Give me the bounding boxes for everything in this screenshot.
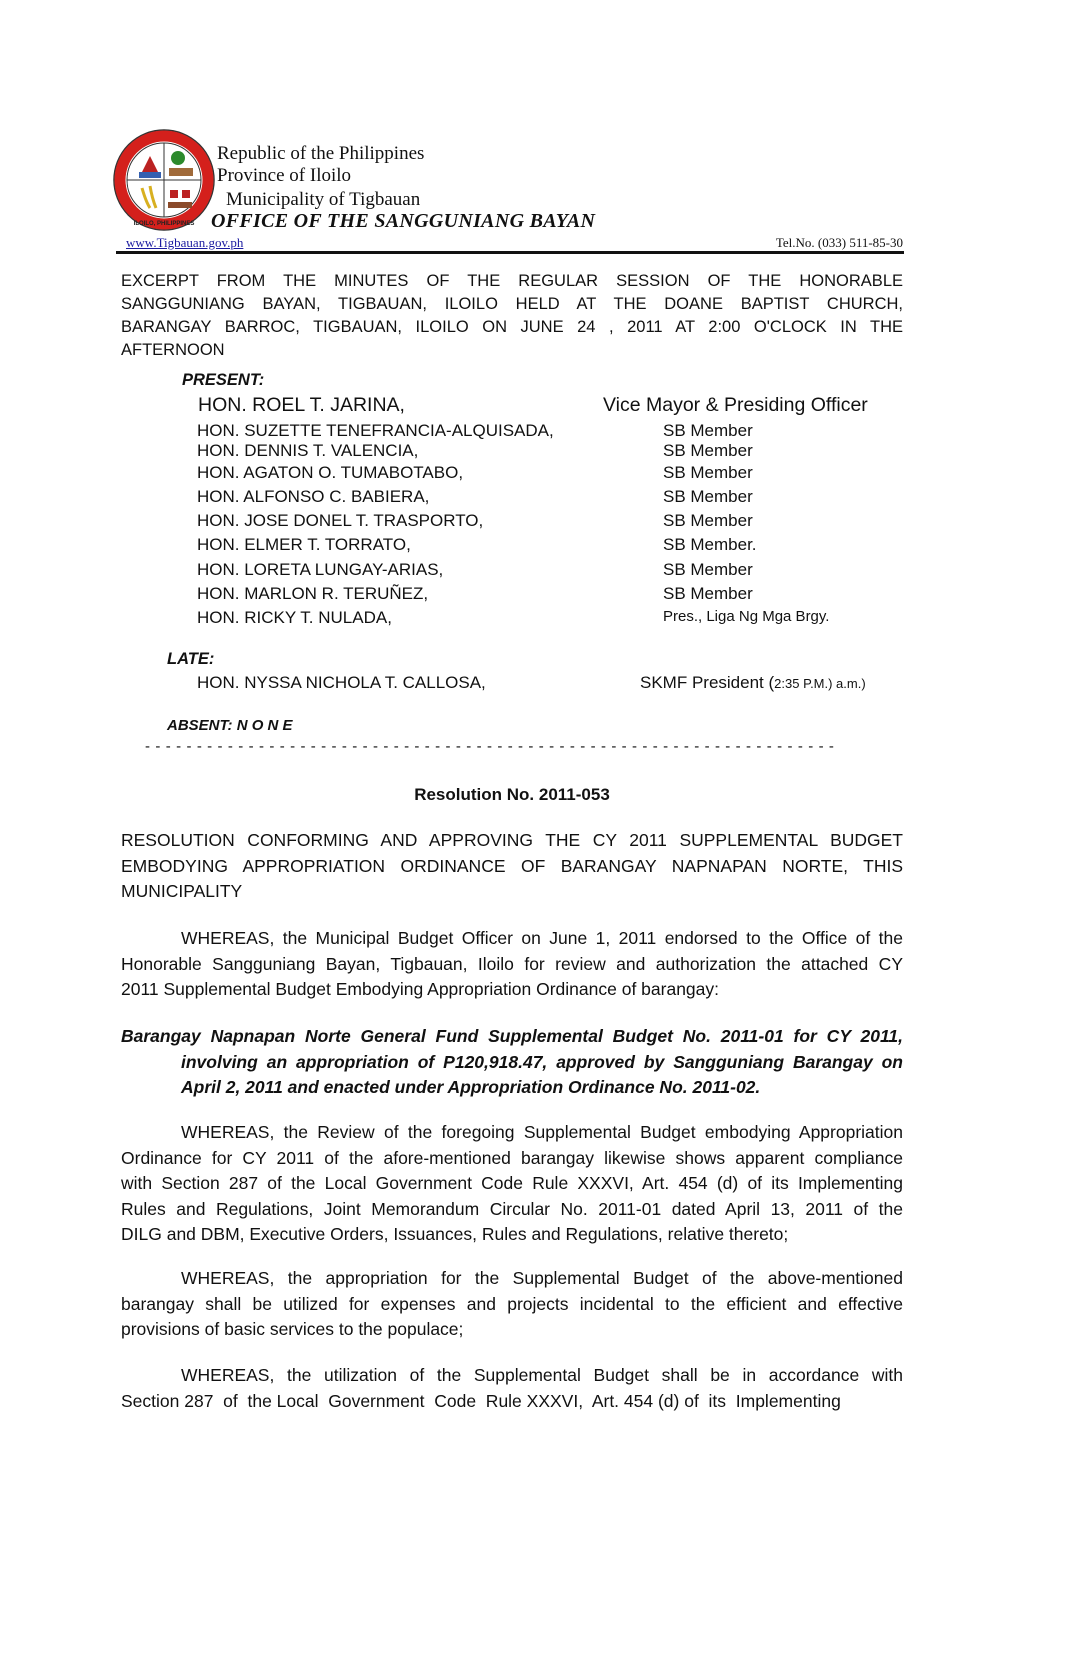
present-label: PRESENT: [182, 371, 264, 390]
section-divider: - - - - - - - - - - - - - - - - - - - - … [145, 738, 905, 755]
header-line-province: Province of Iloilo [217, 164, 351, 187]
resolution-title: RESOLUTION CONFORMING AND APPROVING THE … [121, 828, 903, 905]
presiding-officer-role: Vice Mayor & Presiding Officer [603, 394, 868, 417]
member-role: SB Member [663, 511, 753, 531]
paragraph-line: with Section 287 of the Local Government… [121, 1171, 903, 1197]
member-role: SB Member [663, 560, 753, 580]
header-line-republic: Republic of the Philippines [217, 142, 424, 165]
paragraph-line: Rules and Regulations, Joint Memorandum … [121, 1197, 903, 1223]
paragraph-line: WHEREAS, the appropriation for the Suppl… [121, 1266, 903, 1292]
paragraph-line: 2011 Supplemental Budget Embodying Appro… [121, 977, 903, 1003]
highlight-line: Barangay Napnapan Norte General Fund Sup… [121, 1024, 903, 1050]
paragraph-line: DILG and DBM, Executive Orders, Issuance… [121, 1222, 903, 1248]
letterhead: ILOILO, PHILIPPINES Republic of the Phil… [0, 0, 1088, 270]
excerpt-line: SANGGUNIANG BAYAN, TIGBAUAN, ILOILO HELD… [121, 293, 903, 316]
paragraph-line: WHEREAS, the utilization of the Suppleme… [121, 1363, 903, 1389]
excerpt-line: BARANGAY BARROC, TIGBAUAN, ILOILO ON JUN… [121, 316, 903, 339]
header-rule [116, 251, 904, 254]
header-line-municipality: Municipality of Tigbauan [226, 188, 420, 211]
resolution-title-line: RESOLUTION CONFORMING AND APPROVING THE … [121, 828, 903, 854]
paragraph-line: barangay shall be utilized for expenses … [121, 1292, 903, 1318]
absent-label: ABSENT: N O N E [167, 717, 293, 734]
paragraph-line: WHEREAS, the Municipal Budget Officer on… [121, 926, 903, 952]
member-name: HON. AGATON O. TUMABOTABO, [197, 463, 463, 483]
whereas-paragraph-3: WHEREAS, the appropriation for the Suppl… [121, 1266, 903, 1343]
late-member-role-text: SKMF President ( [640, 673, 774, 692]
excerpt-line: EXCERPT FROM THE MINUTES OF THE REGULAR … [121, 270, 903, 293]
member-role: SB Member [663, 421, 753, 441]
excerpt-line: AFTERNOON [121, 339, 903, 362]
highlight-line: involving an appropriation of P120,918.4… [121, 1050, 903, 1076]
paragraph-line: WHEREAS, the Review of the foregoing Sup… [121, 1120, 903, 1146]
resolution-title-line: EMBODYING APPROPRIATION ORDINANCE OF BAR… [121, 854, 903, 880]
member-name: HON. ELMER T. TORRATO, [197, 535, 411, 555]
highlight-line: April 2, 2011 and enacted under Appropri… [121, 1075, 903, 1101]
website-link[interactable]: www.Tigbauan.gov.ph [126, 235, 243, 251]
budget-highlight: Barangay Napnapan Norte General Fund Sup… [121, 1024, 903, 1101]
paragraph-line: Ordinance for CY 2011 of the afore-menti… [121, 1146, 903, 1172]
presiding-officer-name: HON. ROEL T. JARINA, [198, 394, 405, 417]
svg-text:ILOILO, PHILIPPINES: ILOILO, PHILIPPINES [134, 221, 195, 227]
member-role: SB Member [663, 463, 753, 483]
paragraph-line: provisions of basic services to the popu… [121, 1317, 903, 1343]
municipal-seal-icon: ILOILO, PHILIPPINES [112, 128, 216, 232]
late-member-name: HON. NYSSA NICHOLA T. CALLOSA, [197, 673, 486, 693]
late-arrival-time: 2:35 P.M.) a.m.) [774, 676, 866, 691]
telephone-number: Tel.No. (033) 511-85-30 [776, 235, 903, 251]
paragraph-line: Honorable Sangguniang Bayan, Tigbauan, I… [121, 952, 903, 978]
paragraph-line: Section 287 of the Local Government Code… [121, 1389, 903, 1415]
member-role: Pres., Liga Ng Mga Brgy. [663, 608, 829, 625]
resolution-title-line: MUNICIPALITY [121, 879, 903, 905]
whereas-paragraph-4: WHEREAS, the utilization of the Suppleme… [121, 1363, 903, 1414]
member-role: SB Member [663, 584, 753, 604]
whereas-paragraph-2: WHEREAS, the Review of the foregoing Sup… [121, 1120, 903, 1248]
member-name: HON. LORETA LUNGAY-ARIAS, [197, 560, 443, 580]
resolution-number: Resolution No. 2011-053 [0, 785, 1024, 805]
excerpt-block: EXCERPT FROM THE MINUTES OF THE REGULAR … [121, 270, 903, 362]
whereas-paragraph-1: WHEREAS, the Municipal Budget Officer on… [121, 926, 903, 1003]
member-name: HON. ALFONSO C. BABIERA, [197, 487, 429, 507]
member-role: SB Member. [663, 535, 757, 555]
office-title: OFFICE OF THE SANGGUNIANG BAYAN [211, 210, 595, 233]
member-name: HON. SUZETTE TENEFRANCIA-ALQUISADA, [197, 421, 554, 441]
member-role: SB Member [663, 487, 753, 507]
member-name: HON. MARLON R. TERUÑEZ, [197, 584, 428, 604]
member-name: HON. JOSE DONEL T. TRASPORTO, [197, 511, 483, 531]
late-label: LATE: [167, 650, 214, 669]
late-member-role: SKMF President (2:35 P.M.) a.m.) [640, 673, 866, 693]
member-name: HON. RICKY T. NULADA, [197, 608, 392, 628]
member-role: SB Member [663, 441, 753, 461]
member-name: HON. DENNIS T. VALENCIA, [197, 441, 418, 461]
